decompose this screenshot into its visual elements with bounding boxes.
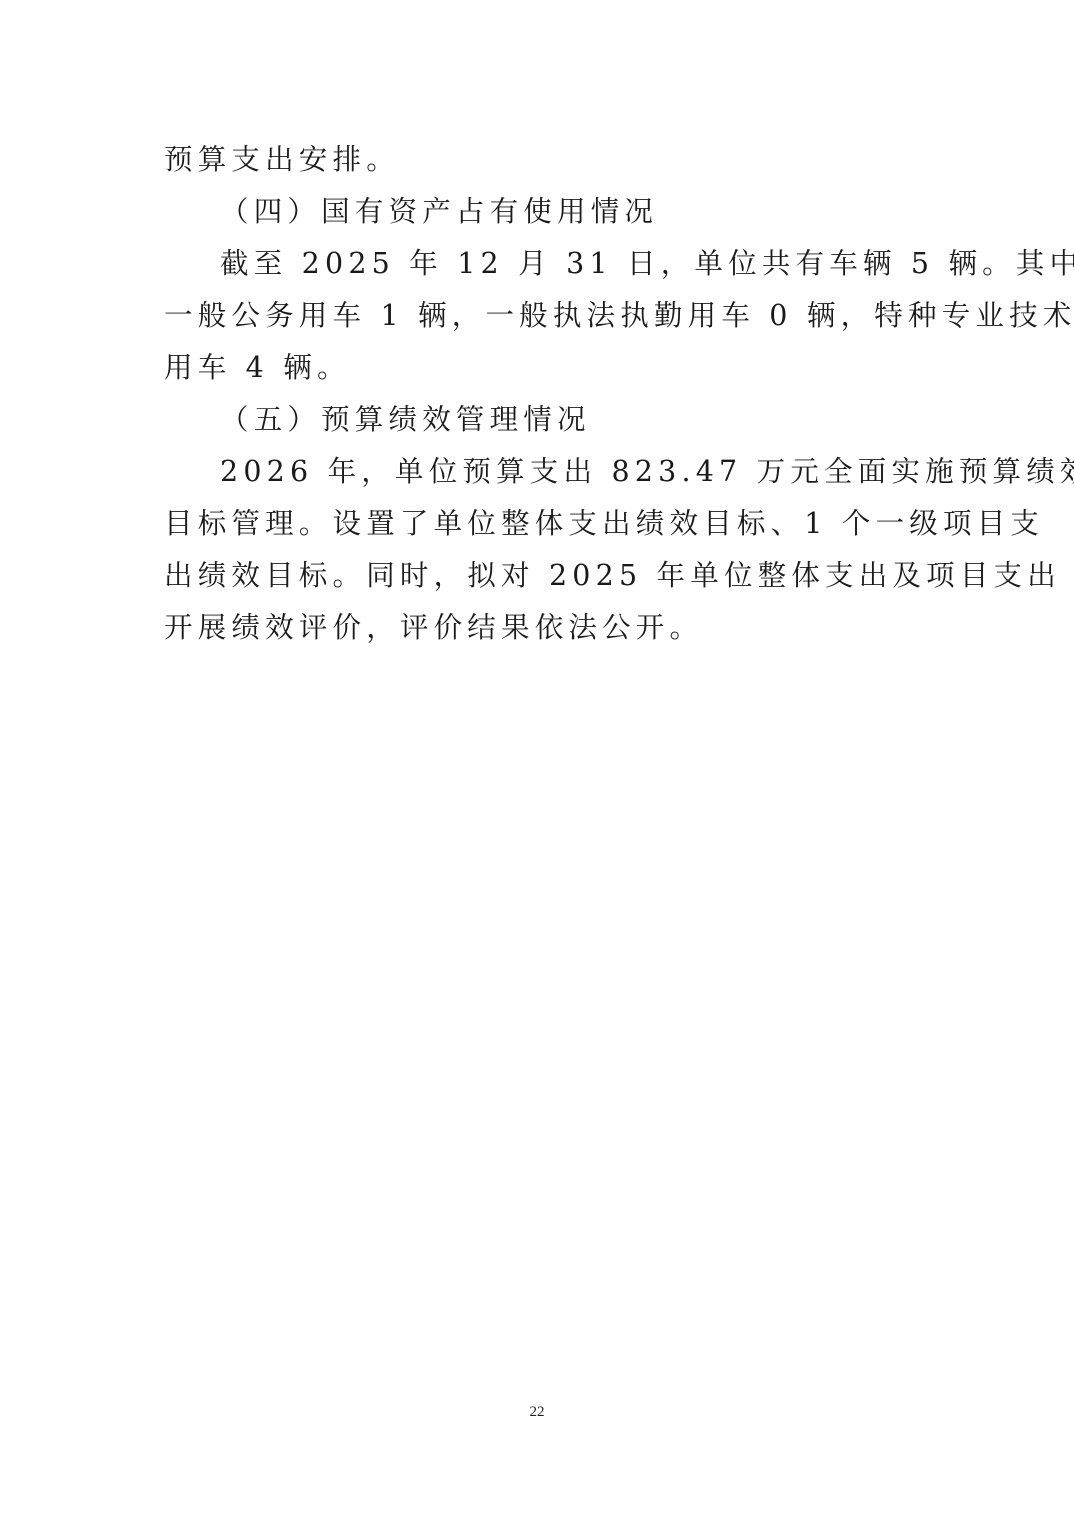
paragraph-continuation-budget: 预算支出安排。 <box>164 140 400 180</box>
paragraph-vehicles-line-1: 截至 2025 年 12 月 31 日，单位共有车辆 5 辆。其中： <box>220 244 1074 284</box>
document-page: 预算支出安排。 （四）国有资产占有使用情况 截至 2025 年 12 月 31 … <box>0 0 1074 1520</box>
paragraph-performance-line-1: 2026 年，单位预算支出 823.47 万元全面实施预算绩效 <box>220 452 1074 492</box>
paragraph-vehicles-line-2: 一般公务用车 1 辆，一般执法执勤用车 0 辆，特种专业技术 <box>164 296 1074 336</box>
section-heading-performance-management: （五）预算绩效管理情况 <box>220 400 591 440</box>
paragraph-performance-line-4: 开展绩效评价，评价结果依法公开。 <box>164 608 703 648</box>
paragraph-performance-line-2: 目标管理。设置了单位整体支出绩效目标、1 个一级项目支 <box>164 504 1044 544</box>
paragraph-vehicles-line-3: 用车 4 辆。 <box>164 348 351 388</box>
paragraph-performance-line-3: 出绩效目标。同时，拟对 2025 年单位整体支出及项目支出 <box>164 556 1061 596</box>
page-number: 22 <box>0 1404 1074 1421</box>
section-heading-state-assets: （四）国有资产占有使用情况 <box>220 192 658 232</box>
